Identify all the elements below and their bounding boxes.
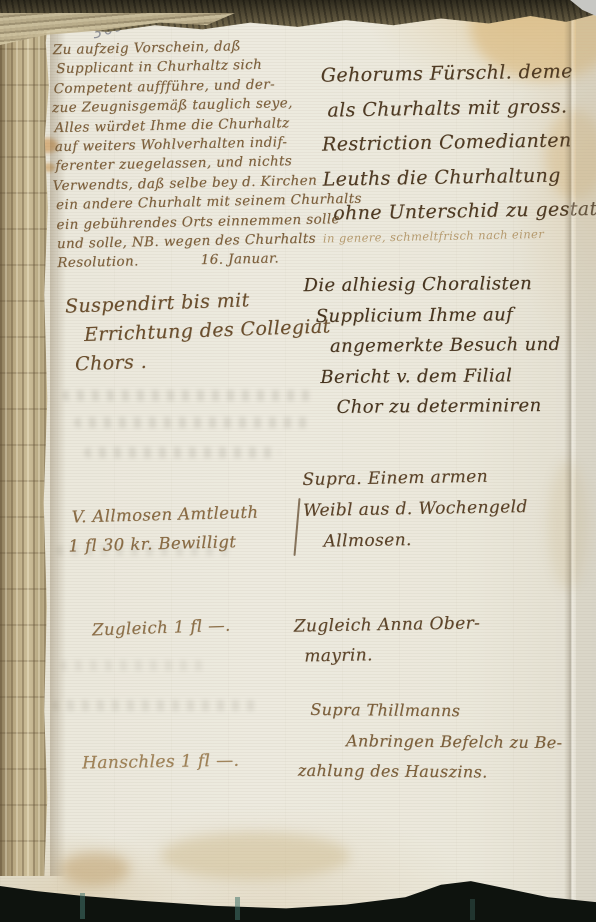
handwritten-line: Anbringen Befelch zu Be- — [346, 726, 563, 758]
handwritten-line: Supra Thillmanns — [310, 695, 563, 728]
scanner-artifact-line — [80, 893, 85, 919]
handwritten-line: zahlung des Hauszins. — [298, 756, 563, 789]
handwritten-line: angemerkte Besuch und — [330, 330, 561, 363]
handwritten-line: Hanschles 1 fl —. — [82, 751, 240, 774]
book-edge-left-shadow — [50, 8, 66, 876]
bleedthrough-smudge — [60, 660, 210, 671]
handwritten-text: Resolution. — [57, 254, 139, 272]
bleedthrough-smudge — [62, 390, 312, 401]
handwritten-line: Bericht v. dem Filial — [320, 360, 561, 393]
page-right-margin-shade — [576, 0, 596, 912]
scanner-artifact-line — [235, 897, 240, 920]
page-fold-line — [564, 0, 576, 912]
handwritten-line: Restriction Comedianten — [322, 122, 596, 162]
handwritten-line: Gehorums Fürschl. deme — [321, 53, 596, 93]
handwritten-line: als Churhalts mit gross. — [327, 88, 596, 128]
entry-right-1: Gehorums Fürschl. deme als Churhalts mit… — [321, 53, 596, 231]
entry-right-4: Zugleich Anna Ober- mayrin. — [293, 608, 481, 671]
handwritten-line: Leuths die Churhaltung — [322, 157, 596, 197]
bleedthrough-smudge — [74, 417, 312, 428]
paper-stain — [60, 852, 130, 886]
handwritten-line: Supra. Einem armen — [302, 461, 527, 496]
entry-left-3: V. Allmosen Amtleuth 1 fl 30 kr. Bewilli… — [71, 498, 259, 561]
handwritten-line: Weibl aus d. Wochengeld — [303, 492, 528, 527]
entry-right-2: Die alhiesig Choralisten Supplicium Ihme… — [303, 269, 561, 424]
entry-left-2: Suspendirt bis mit Errichtung des Colleg… — [65, 283, 333, 379]
handwritten-line: Allmosen. — [323, 523, 528, 558]
entry-left-5: Hanschles 1 fl —. — [82, 751, 240, 774]
handwritten-line: ohne Unterschid zu gestatten — [333, 191, 596, 231]
paper-stain — [160, 832, 350, 880]
entry-right-5: Supra Thillmanns Anbringen Befelch zu Be… — [310, 695, 563, 789]
scanner-artifact-line — [470, 899, 475, 920]
handwritten-line: Supplicium Ihme auf — [316, 299, 561, 332]
handwritten-line: Chor zu determiniren — [336, 391, 561, 423]
handwritten-line: Zugleich Anna Ober- — [293, 608, 480, 641]
bleedthrough-smudge — [84, 447, 280, 458]
manuscript-scan: 369 Zu aufzeig Vorschein, daß Supplicant… — [0, 0, 596, 922]
date-note: 16. Januar. — [201, 251, 280, 269]
handwritten-line: Die alhiesig Choralisten — [303, 269, 560, 302]
bleedthrough-smudge — [52, 700, 257, 711]
entry-right-3: Supra. Einem armen Weibl aus d. Wochenge… — [302, 461, 528, 558]
handwritten-line: mayrin. — [304, 638, 481, 671]
book-edge-left — [0, 8, 52, 876]
handwritten-line: 1 fl 30 kr. Bewilligt — [68, 527, 259, 561]
